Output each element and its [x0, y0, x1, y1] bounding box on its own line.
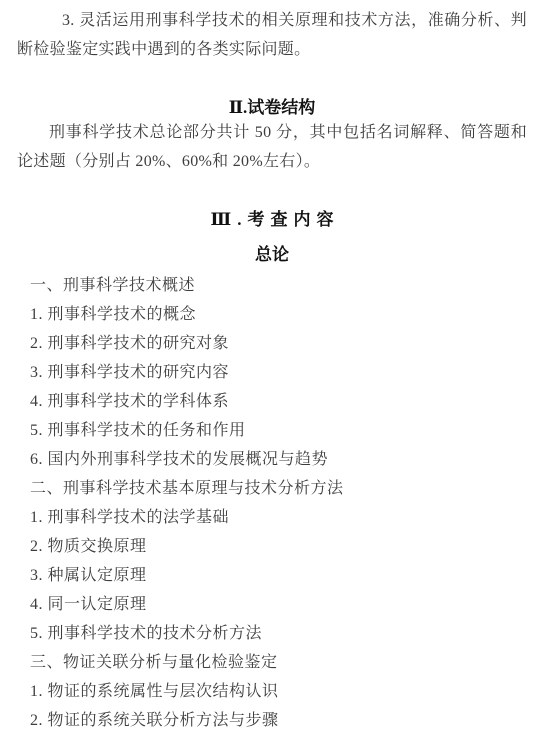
outline-item-section-1: 一、刑事科学技术概述 — [30, 271, 527, 300]
section-heading-exam-content: Ⅲ.考查内容 — [17, 210, 527, 230]
outline-item: 5. 刑事科学技术的技术分析方法 — [30, 619, 527, 648]
outline-item: 2. 刑事科学技术的研究对象 — [30, 329, 527, 358]
outline-item: 6. 国内外刑事科学技术的发展概况与趋势 — [30, 445, 527, 474]
outline-item: 4. 同一认定原理 — [30, 590, 527, 619]
subheading-general-overview: 总论 — [17, 245, 527, 265]
section-heading-exam-structure: Ⅱ.试卷结构 — [17, 98, 527, 118]
intro-paragraph: 3. 灵活运用刑事科学技术的相关原理和技术方法，准确分析、判断检验鉴定实践中遇到… — [17, 6, 527, 64]
outline-item: 3. 种属认定原理 — [30, 561, 527, 590]
outline-item: 4. 刑事科学技术的学科体系 — [30, 387, 527, 416]
outline-item: 5. 刑事科学技术的任务和作用 — [30, 416, 527, 445]
outline-item: 2. 物质交换原理 — [30, 532, 527, 561]
outline-item: 2. 物证的系统关联分析方法与步骤 — [30, 706, 527, 735]
outline-item: 1. 刑事科学技术的概念 — [30, 300, 527, 329]
outline-item: 1. 刑事科学技术的法学基础 — [30, 503, 527, 532]
outline-item: 3. 刑事科学技术的研究内容 — [30, 358, 527, 387]
outline-item-section-3: 三、物证关联分析与量化检验鉴定 — [30, 648, 527, 677]
outline-list: 一、刑事科学技术概述 1. 刑事科学技术的概念 2. 刑事科学技术的研究对象 3… — [30, 271, 527, 735]
exam-structure-paragraph: 刑事科学技术总论部分共计 50 分，其中包括名词解释、简答题和论述题（分别占 2… — [17, 118, 527, 176]
outline-item: 1. 物证的系统属性与层次结构认识 — [30, 677, 527, 706]
document-page: 3. 灵活运用刑事科学技术的相关原理和技术方法，准确分析、判断检验鉴定实践中遇到… — [0, 0, 544, 744]
outline-item-section-2: 二、刑事科学技术基本原理与技术分析方法 — [30, 474, 527, 503]
